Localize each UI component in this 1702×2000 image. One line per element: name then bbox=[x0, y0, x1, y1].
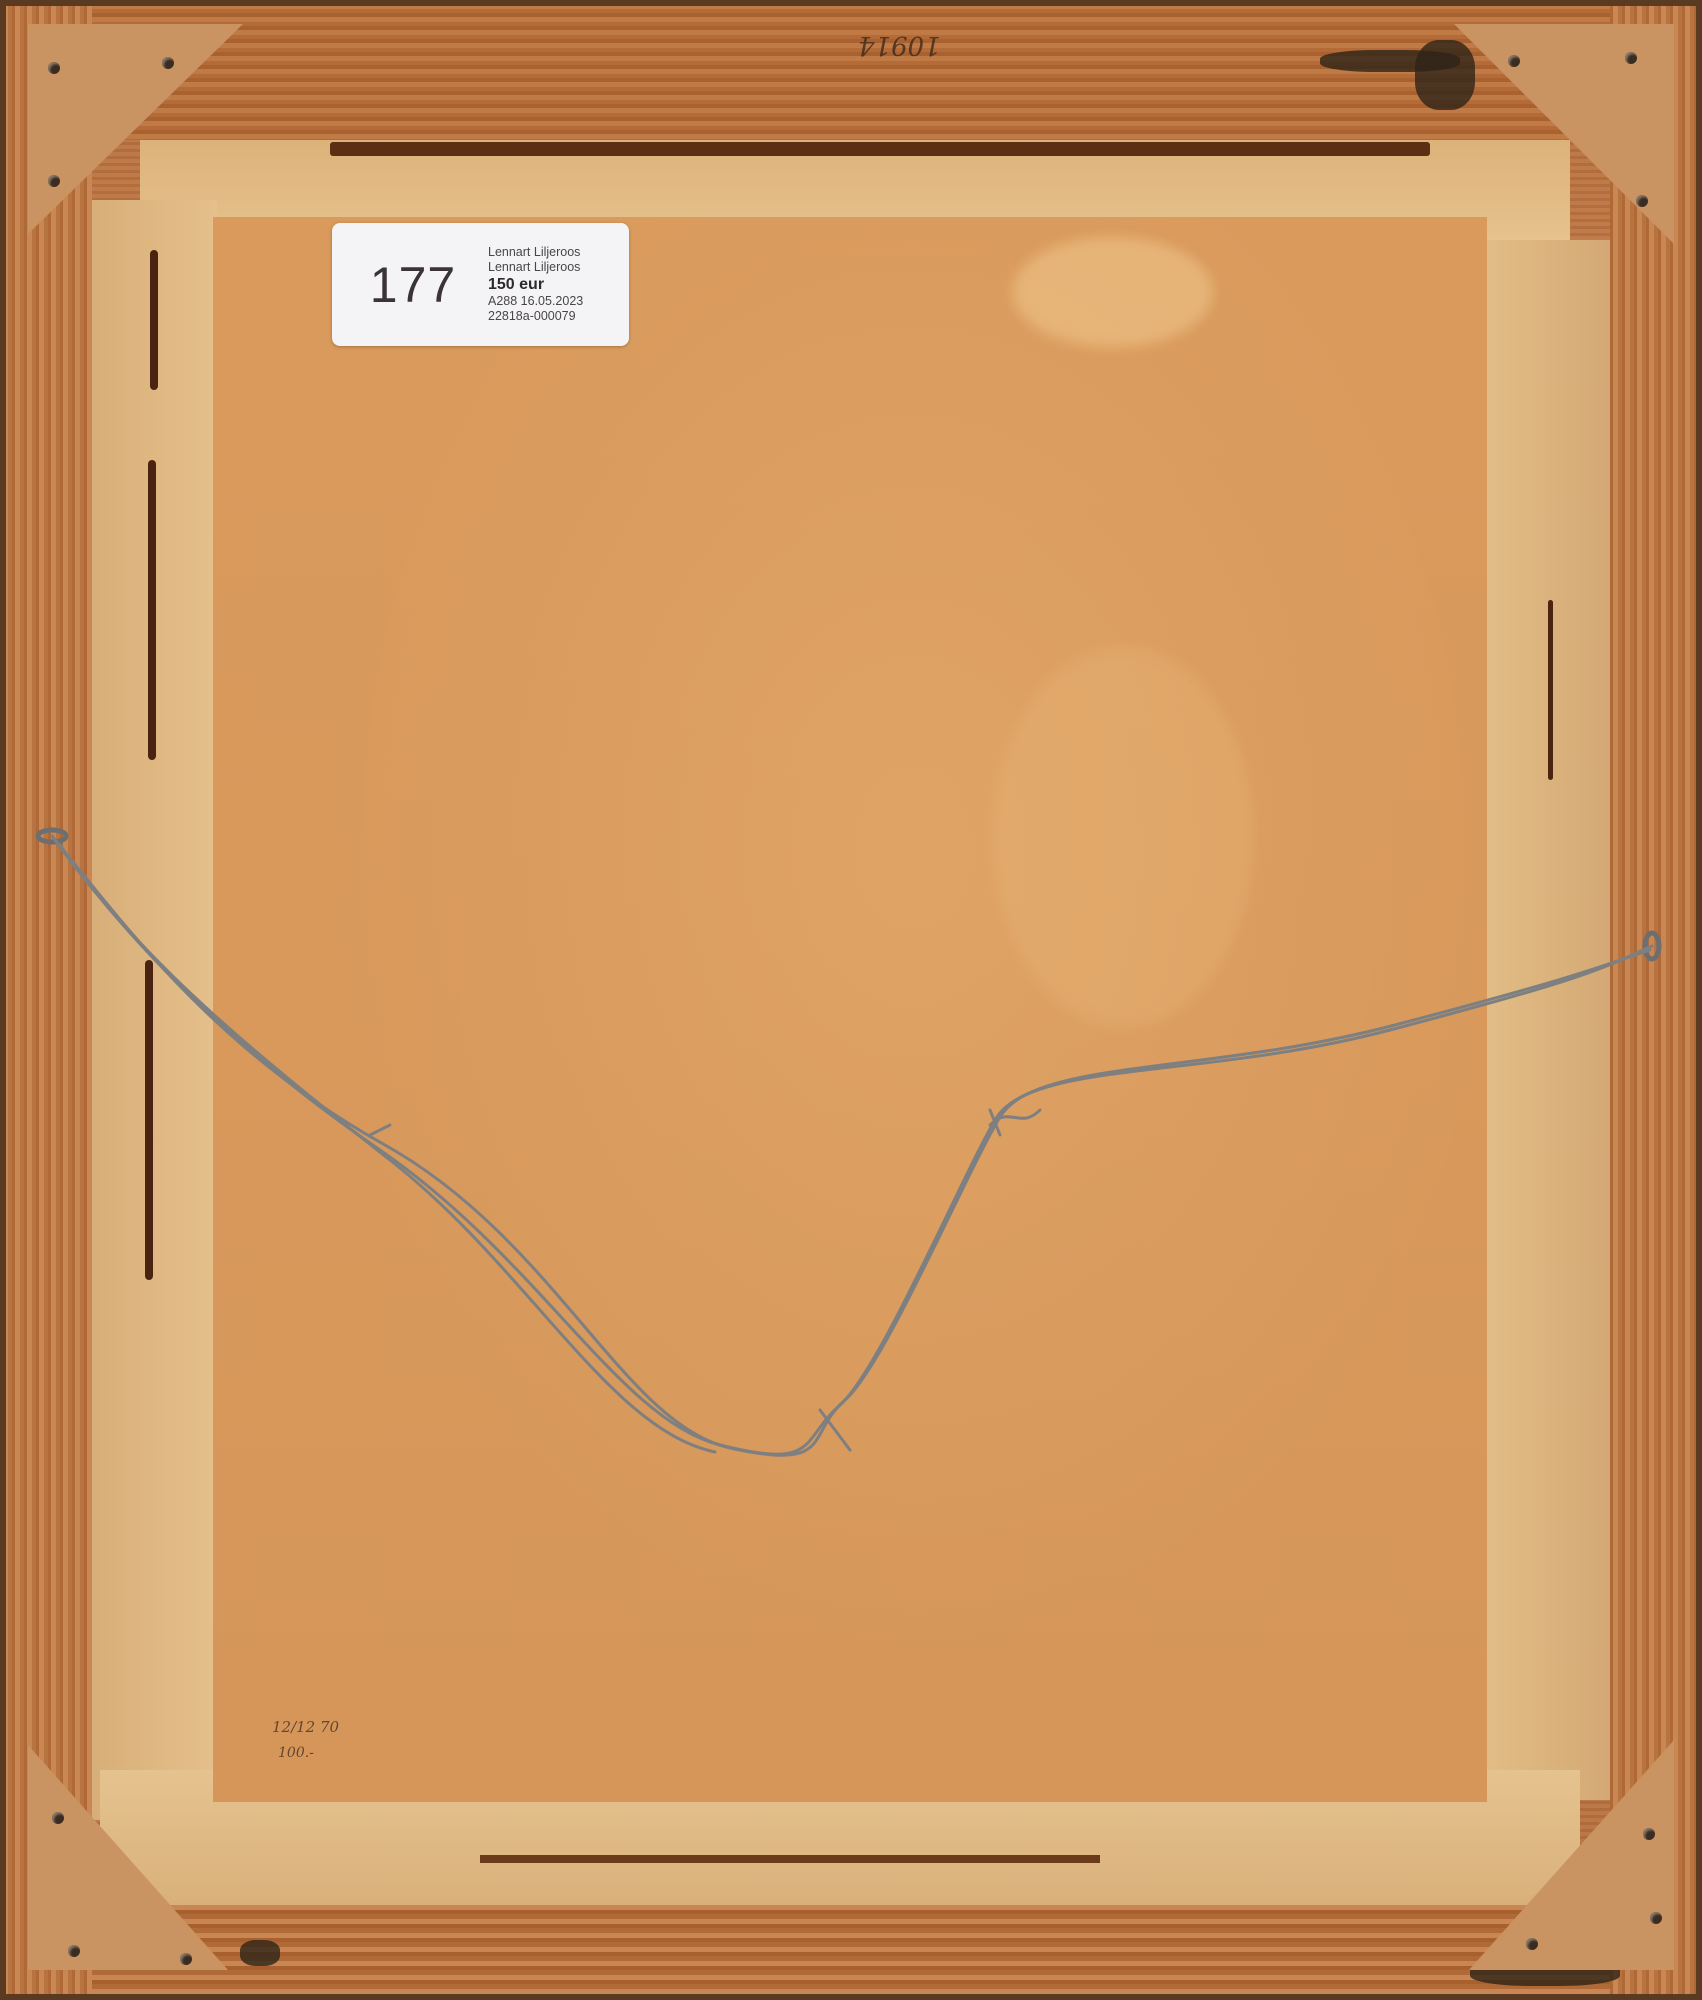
picture-frame-back: 10914 12/12 70 100.- 177 Lennart Liljero… bbox=[0, 0, 1702, 2000]
frame-outer-edge bbox=[0, 0, 1702, 2000]
